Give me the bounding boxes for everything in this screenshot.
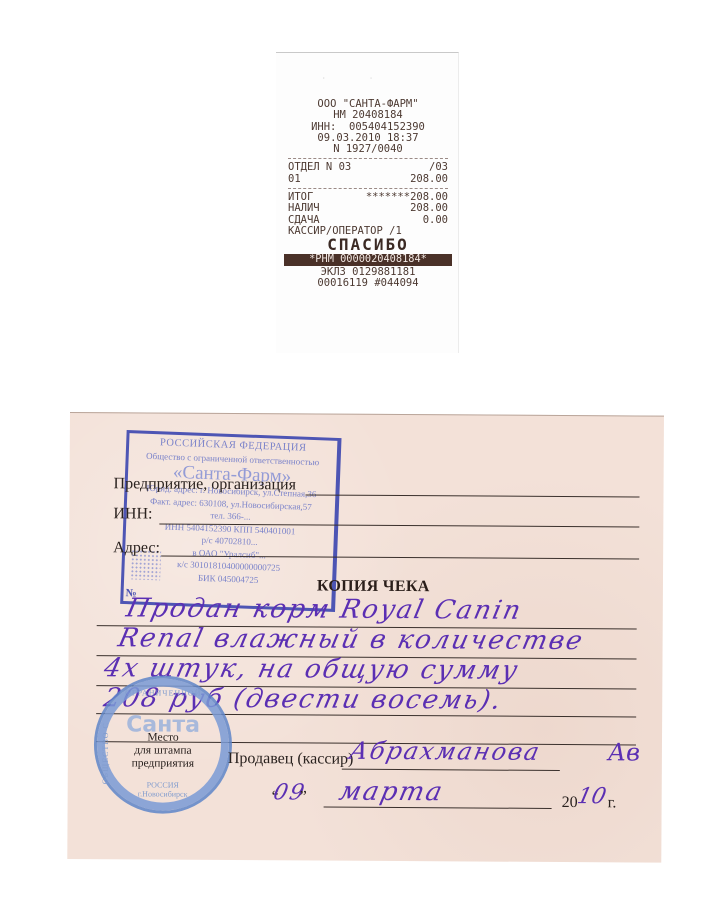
receipt-thanks: СПАСИБО xyxy=(288,237,448,253)
seller-label: Продавец (кассир) xyxy=(228,750,354,769)
receipt-divider xyxy=(288,188,448,189)
receipt-lines: ООО "САНТА-ФАРМ" НМ 20408184 ИНН: 005404… xyxy=(288,99,448,289)
handwritten-line-2: Renal влажный в количестве xyxy=(115,623,587,656)
receipt-divider xyxy=(288,158,448,159)
receipt-rnm: *РНМ 0000020408184* xyxy=(284,254,452,265)
receipt-footer: 00016119 #044094 xyxy=(288,278,448,289)
receipt-copy-title: КОПИЯ ЧЕКА xyxy=(317,578,430,597)
receipt-item-amount: 208.00 xyxy=(410,174,448,185)
stamp-place-line: предприятия xyxy=(118,757,208,771)
org-label: Предприятие, организация xyxy=(114,475,297,494)
receipt-header-marks: · · xyxy=(322,75,393,82)
receipt-number: N 1927/0040 xyxy=(288,144,448,155)
receipt-item-row: 01 208.00 xyxy=(288,174,448,185)
date-month: марта xyxy=(336,777,446,808)
stamp-place-line: Место xyxy=(118,731,208,745)
org-line xyxy=(305,494,639,497)
receipt-cash-row: НАЛИЧ 208.00 xyxy=(288,203,448,214)
seller-line xyxy=(342,769,560,771)
date-year-handwritten: 10 xyxy=(575,784,608,809)
round-stamp-bottom: РОССИЯ г.Новосибирск xyxy=(97,780,229,799)
inn-label: ИНН: xyxy=(113,505,152,523)
handwritten-line-1: Продан корм Royal Canin xyxy=(124,593,526,625)
stamp-place-label: Место для штампа предприятия xyxy=(118,731,208,771)
receipt-change-value: 0.00 xyxy=(423,215,448,226)
seller-signature: Абрахманова xyxy=(347,737,544,766)
date-year-suffix: г. xyxy=(608,794,617,812)
address-label: Адрес: xyxy=(113,539,160,557)
round-stamp-top: ОГРАНИЧЕННОЙ xyxy=(97,688,229,698)
receipt-hm: НМ 20408184 xyxy=(288,110,448,121)
receipt-cash-value: 208.00 xyxy=(410,203,448,214)
round-stamp-city: г.Новосибирск xyxy=(97,789,229,799)
sales-receipt-copy: РОССИЙСКАЯ ФЕДЕРАЦИЯ Общество с ограниче… xyxy=(67,412,664,863)
seller-initials: Ав xyxy=(608,738,640,766)
company-rect-stamp: РОССИЙСКАЯ ФЕДЕРАЦИЯ Общество с ограниче… xyxy=(120,430,341,612)
receipt-item-code: 01 xyxy=(288,174,301,185)
date-close-quote: ” xyxy=(300,788,307,806)
receipt-cash-label: НАЛИЧ xyxy=(288,203,320,214)
stamp-place-line: для штампа xyxy=(118,744,208,758)
cash-register-receipt: · · ООО "САНТА-ФАРМ" НМ 20408184 ИНН: 00… xyxy=(276,52,459,353)
